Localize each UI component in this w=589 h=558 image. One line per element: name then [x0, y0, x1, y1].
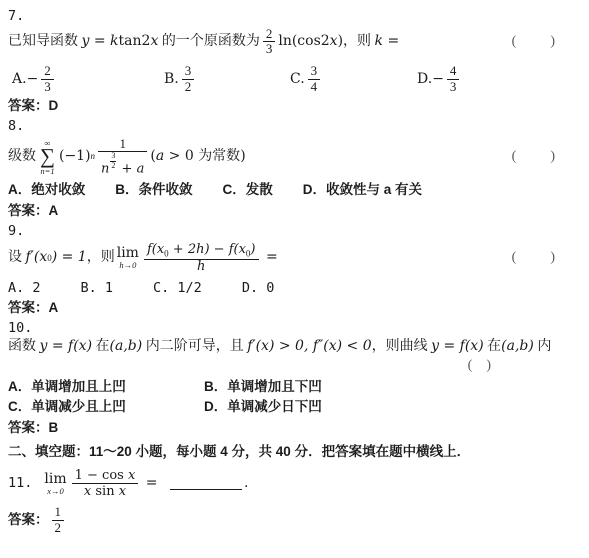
fraction: f(x0 + 2h) − f(x0)h [144, 242, 259, 275]
question-7-answer: 答案：D [8, 98, 579, 115]
math-expr: f′(x [26, 249, 48, 267]
paren-close: ) [550, 149, 555, 164]
fraction-denominator: 2 [182, 80, 195, 94]
fraction-denominator: 4 [308, 80, 321, 94]
math-expr: ) = 1 [52, 249, 87, 267]
stem-text: 在 [484, 339, 502, 354]
option-label: B. [164, 71, 179, 89]
paren-close: ) [486, 358, 491, 373]
answer-parentheses: () [8, 357, 579, 375]
stem-text: ，则曲线 [372, 339, 432, 354]
math-expr: 1 − cos [75, 468, 128, 483]
question-11-answer: 答案：12 [8, 505, 579, 535]
minus-sign: − [27, 71, 39, 89]
question-11: 11.limx→01 − cos xx sin x = . 答案：12 [8, 468, 579, 535]
section-2-title: 二、填空题：11～20 小题，每小题 4 分，共 40 分．把答案填在题中横线上… [8, 444, 579, 461]
fraction-denominator: 3 [447, 80, 460, 94]
question-7-stem-row: 已知导函数 y = ktan2x 的一个原函数为23ln(cos2x)，则 k … [8, 27, 579, 57]
math-expr: > 0 [164, 148, 198, 166]
fraction: 12 [52, 505, 65, 535]
paren-close: ) [550, 250, 555, 265]
math-expr: ln(cos2 [278, 33, 329, 51]
math-expr: n [101, 162, 109, 177]
fraction-numerator: 1 − cos x [72, 468, 139, 484]
exponent-denominator: 2 [110, 162, 116, 170]
fraction: 1n32 + a [98, 137, 147, 177]
math-expr: y = k [82, 33, 119, 51]
answer-parentheses: () [512, 33, 579, 51]
question-8-stem: 级数∞∑n=1(−1)n1n32 + a(a > 0 为常数) [8, 137, 246, 177]
option-c: C．发散 [223, 182, 273, 197]
question-7: 7. 已知导函数 y = ktan2x 的一个原函数为23ln(cos2x)，则… [8, 8, 579, 115]
option-c: C．单调减少且上凹 [8, 399, 204, 416]
option-d: D. 0 [242, 280, 275, 296]
math-expr: a [137, 162, 145, 177]
fraction: 23 [41, 64, 54, 94]
limit-subscript: h→0 [119, 261, 136, 270]
answer-parentheses: () [512, 148, 579, 166]
sigma-icon: ∑ [40, 147, 55, 167]
option-label: C. [290, 71, 305, 89]
fraction-numerator: 3 [182, 64, 195, 79]
exponent-fraction: 32 [110, 152, 116, 170]
math-expr: x [128, 468, 135, 483]
question-9-options: A. 2B. 1C. 1/2D. 0 [8, 280, 579, 297]
fill-in-blank-line [170, 477, 242, 490]
math-expr: + [117, 162, 136, 177]
fraction-numerator: 2 [263, 27, 276, 42]
fraction: 34 [308, 64, 321, 94]
question-9-number: 9. [8, 223, 579, 240]
math-expr: x [330, 33, 338, 51]
stem-text: 内二阶可导，且 [142, 339, 247, 354]
fraction-numerator: 1 [98, 137, 147, 152]
option-d: D．单调减少日下凹 [204, 399, 322, 416]
math-expr: x [119, 484, 126, 499]
fraction-numerator: 4 [447, 64, 460, 79]
math-expr: a [156, 148, 164, 166]
math-expr: = [141, 475, 162, 493]
question-7-number: 7. [8, 8, 579, 25]
stem-text: ，则 [87, 249, 115, 267]
limit-operator: limh→0 [117, 246, 139, 270]
fraction-denominator: x sin x [72, 484, 139, 499]
fraction-numerator: 2 [41, 64, 54, 79]
stem-text: 在 [92, 339, 110, 354]
question-10-options: A．单调增加且上凹 B．单调增加且下凹 C．单调减少且上凹 D．单调减少日下凹 [8, 379, 579, 416]
question-10: 10. 函数 y = f(x) 在(a,b) 内二阶可导，且 f′(x) > 0… [8, 320, 579, 437]
option-b: B. 1 [81, 280, 114, 296]
fraction: 23 [263, 27, 276, 57]
fraction-denominator: 3 [263, 42, 276, 56]
paren-open: ( [468, 358, 473, 373]
math-expr: k [375, 33, 383, 51]
limit-operator: limx→0 [44, 472, 66, 496]
question-10-number: 10. [8, 320, 579, 337]
question-7-options: A.−23 B.32 C.34 D.−43 [12, 64, 579, 94]
math-expr: + 2h) − f(x [169, 242, 246, 257]
option-a: A．单调增加且上凹 [8, 379, 204, 396]
math-expr: y = f(x) [431, 338, 484, 354]
option-c: C.34 [290, 64, 417, 94]
math-expr: = [262, 249, 278, 267]
question-11-number: 11. [8, 475, 32, 492]
paren-close: ) [550, 34, 555, 49]
math-expr: (a,b) [501, 338, 534, 354]
math-expr: f′(x) > 0, f″(x) < 0 [247, 338, 371, 354]
math-expr: (a,b) [110, 338, 143, 354]
stem-text: 已知导函数 [8, 33, 82, 51]
summation-symbol: ∞∑n=1 [40, 139, 55, 176]
stem-text: 为常数 [198, 148, 240, 166]
stem-text: ，则 [343, 33, 375, 51]
option-b: B．条件收敛 [115, 182, 192, 197]
stem-text: 的一个原函数为 [158, 33, 260, 51]
option-d: D.−43 [417, 64, 462, 94]
question-10-answer: 答案：B [8, 420, 579, 437]
fraction: 32 [182, 64, 195, 94]
math-expr: sin [91, 484, 118, 499]
option-a: A．绝对收敛 [8, 182, 85, 197]
fraction-numerator: 3 [308, 64, 321, 79]
question-8: 8. 级数∞∑n=1(−1)n1n32 + a(a > 0 为常数) () A．… [8, 118, 579, 220]
stem-text: 级数 [8, 148, 36, 166]
option-c: C. 1/2 [153, 280, 202, 296]
math-expr: (−1) [59, 148, 91, 166]
stem-text: 内 [534, 339, 552, 354]
option-b: B.32 [164, 64, 290, 94]
option-a: A. 2 [8, 280, 41, 296]
option-a: A.−23 [12, 64, 164, 94]
question-11-stem-row: 11.limx→01 − cos xx sin x = . [8, 468, 579, 500]
lim-symbol: lim [44, 472, 66, 486]
option-label: D. [417, 71, 432, 89]
fraction: 1 − cos xx sin x [72, 468, 139, 500]
option-label: A. [12, 71, 27, 89]
fraction-denominator: n32 + a [98, 152, 147, 177]
math-expr: x [150, 33, 158, 51]
paren-open: ( [512, 250, 517, 265]
math-expr: ) [250, 242, 255, 257]
exam-page: 7. 已知导函数 y = ktan2x 的一个原函数为23ln(cos2x)，则… [0, 0, 589, 535]
period: . [244, 475, 248, 493]
math-expr: f(x [147, 242, 164, 257]
question-8-options: A．绝对收敛B．条件收敛C．发散D．收敛性与 a 有关 [8, 182, 579, 199]
question-9-stem: 设 f′(x0) = 1，则limh→0f(x0 + 2h) − f(x0)h … [8, 242, 278, 275]
limit-subscript: x→0 [47, 487, 64, 496]
question-8-number: 8. [8, 118, 579, 135]
math-expr: tan2 [119, 33, 151, 51]
paren-open: ( [512, 34, 517, 49]
fraction-denominator: 3 [41, 80, 54, 94]
math-expr: = [383, 33, 399, 51]
question-9-answer: 答案：A [8, 300, 579, 317]
answer-parentheses: () [512, 249, 579, 267]
option-b: B．单调增加且下凹 [204, 379, 322, 396]
fraction-numerator: f(x0 + 2h) − f(x0) [144, 242, 259, 260]
math-expr: ) [240, 148, 245, 166]
minus-sign: − [432, 71, 444, 89]
summation-lower-limit: n=1 [40, 167, 54, 176]
stem-text: 函数 [8, 339, 40, 354]
question-9: 9. 设 f′(x0) = 1，则limh→0f(x0 + 2h) − f(x0… [8, 223, 579, 317]
fraction-denominator: 2 [52, 521, 65, 535]
exponent-n: n [91, 151, 96, 162]
question-9-stem-row: 设 f′(x0) = 1，则limh→0f(x0 + 2h) − f(x0)h … [8, 242, 579, 275]
paren-open: ( [512, 149, 517, 164]
fraction: 43 [447, 64, 460, 94]
fraction-numerator: 1 [52, 505, 65, 520]
option-d: D．收敛性与 a 有关 [303, 182, 422, 197]
lim-symbol: lim [117, 246, 139, 260]
fraction-denominator: h [144, 260, 259, 274]
question-8-answer: 答案：A [8, 203, 579, 220]
math-expr: y = f(x) [40, 338, 93, 354]
question-7-stem: 已知导函数 y = ktan2x 的一个原函数为23ln(cos2x)，则 k … [8, 27, 399, 57]
question-8-stem-row: 级数∞∑n=1(−1)n1n32 + a(a > 0 为常数) () [8, 137, 579, 177]
question-10-stem: 函数 y = f(x) 在(a,b) 内二阶可导，且 f′(x) > 0, f″… [8, 338, 579, 356]
stem-text: 设 [8, 249, 26, 267]
answer-label: 答案： [8, 512, 49, 529]
